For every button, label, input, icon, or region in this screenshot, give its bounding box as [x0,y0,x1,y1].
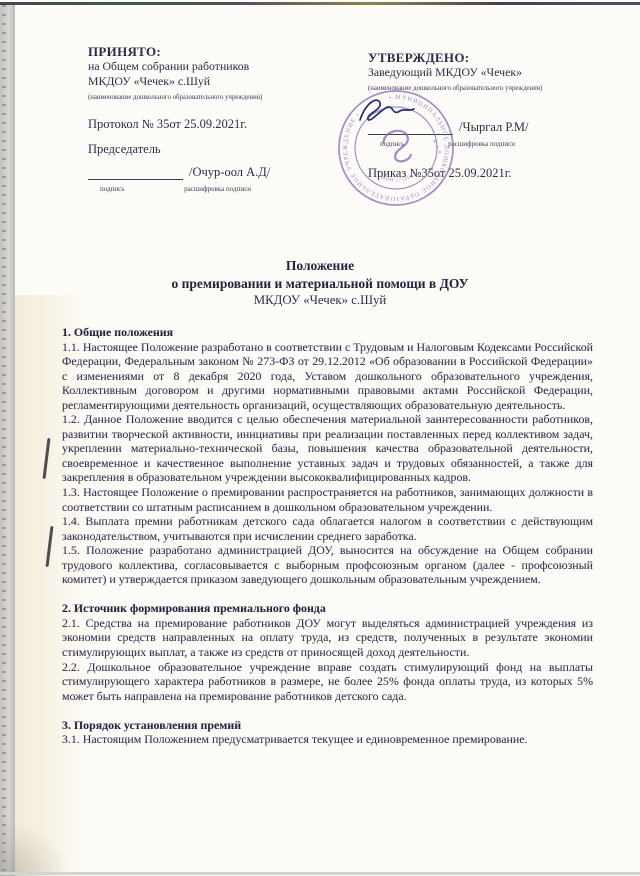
accepted-caption: (наименование дошкольного образовательно… [88,90,358,105]
paragraph-1-1: 1.1. Настоящее Положение разработано в с… [62,340,593,413]
head-signature-row: /Чыргал Р.М/ [368,120,618,135]
approved-heading: УТВЕРЖДЕНО: [368,50,618,65]
section-1-heading: 1. Общие положения [62,325,593,340]
signature-captions: подпись расшифровка подписи [368,137,618,152]
order-line: Приказ №35от 25.09.2021г. [368,166,618,181]
scan-left-edge [0,5,15,876]
paragraph-1-5: 1.5. Положение разработано администрацие… [62,543,593,587]
section-2-heading: 2. Источник формирования премиального фо… [62,601,593,616]
title-line3: МКДОУ «Чечек» с.Шуй [0,292,640,309]
section-fund-source: 2. Источник формирования премиального фо… [62,601,593,703]
accepted-line1: на Общем собрании работников [88,59,358,74]
accepted-heading: ПРИНЯТО: [88,44,358,59]
approved-line1: Заведующий МКДОУ «Чечек» [368,65,618,80]
protocol-line: Протокол № 35от 25.09.2021г. [88,117,358,132]
paragraph-2-2: 2.2. Дошкольное образовательное учрежден… [62,660,593,704]
paragraph-3-1: 3.1. Настоящим Положением предусматривае… [62,732,593,747]
chairman-signature-name: /Очур-оол А.Д/ [189,165,270,179]
signature-decipher-caption: расшифровка подписи [448,140,515,148]
title-line2: о премировании и материальной помощи в Д… [0,275,640,293]
scan-edge-texture [2,5,6,876]
document-title: Положение о премировании и материальной … [0,257,640,309]
title-line1: Положение [0,257,640,275]
chairman-label: Председатель [88,142,358,157]
signature-line [88,167,183,180]
accepted-block: ПРИНЯТО: на Общем собрании работников МК… [88,44,358,197]
section-general: 1. Общие положения 1.1. Настоящее Положе… [62,325,593,587]
chairman-signature-row: /Очур-оол А.Д/ [88,165,358,180]
document-body: 1. Общие положения 1.1. Настоящее Положе… [62,325,593,747]
signature-decipher-caption: расшифровка подписи [184,185,251,193]
section-3-heading: 3. Порядок установления премий [62,718,593,733]
section-bonus-order: 3. Порядок установления премий 3.1. Наст… [62,718,593,747]
accepted-line2: МКДОУ «Чечек» с.Шуй [88,74,358,89]
signature-caption: подпись [380,140,404,148]
paragraph-1-3: 1.3. Настоящее Положение о премировании … [62,485,593,514]
paragraph-2-1: 2.1. Средства на премирование работников… [62,616,593,660]
scanned-document-page: ПРИНЯТО: на Общем собрании работников МК… [0,0,640,876]
approved-caption: (наименование дошкольного образовательно… [368,81,618,96]
scan-bottom-edge [0,872,640,875]
signature-captions: подпись расшифровка подписи [88,182,358,197]
paragraph-1-4: 1.4. Выплата премии работникам детского … [62,514,593,543]
signature-line [368,122,453,135]
approved-block: УТВЕРЖДЕНО: Заведующий МКДОУ «Чечек» (на… [368,50,618,181]
page-corner-shadow [0,820,70,876]
paragraph-1-2: 1.2. Данное Положение вводится с целью о… [62,412,593,485]
signature-caption: подпись [100,185,124,193]
head-signature-name: /Чыргал Р.М/ [459,120,529,134]
scan-top-edge [0,2,640,5]
